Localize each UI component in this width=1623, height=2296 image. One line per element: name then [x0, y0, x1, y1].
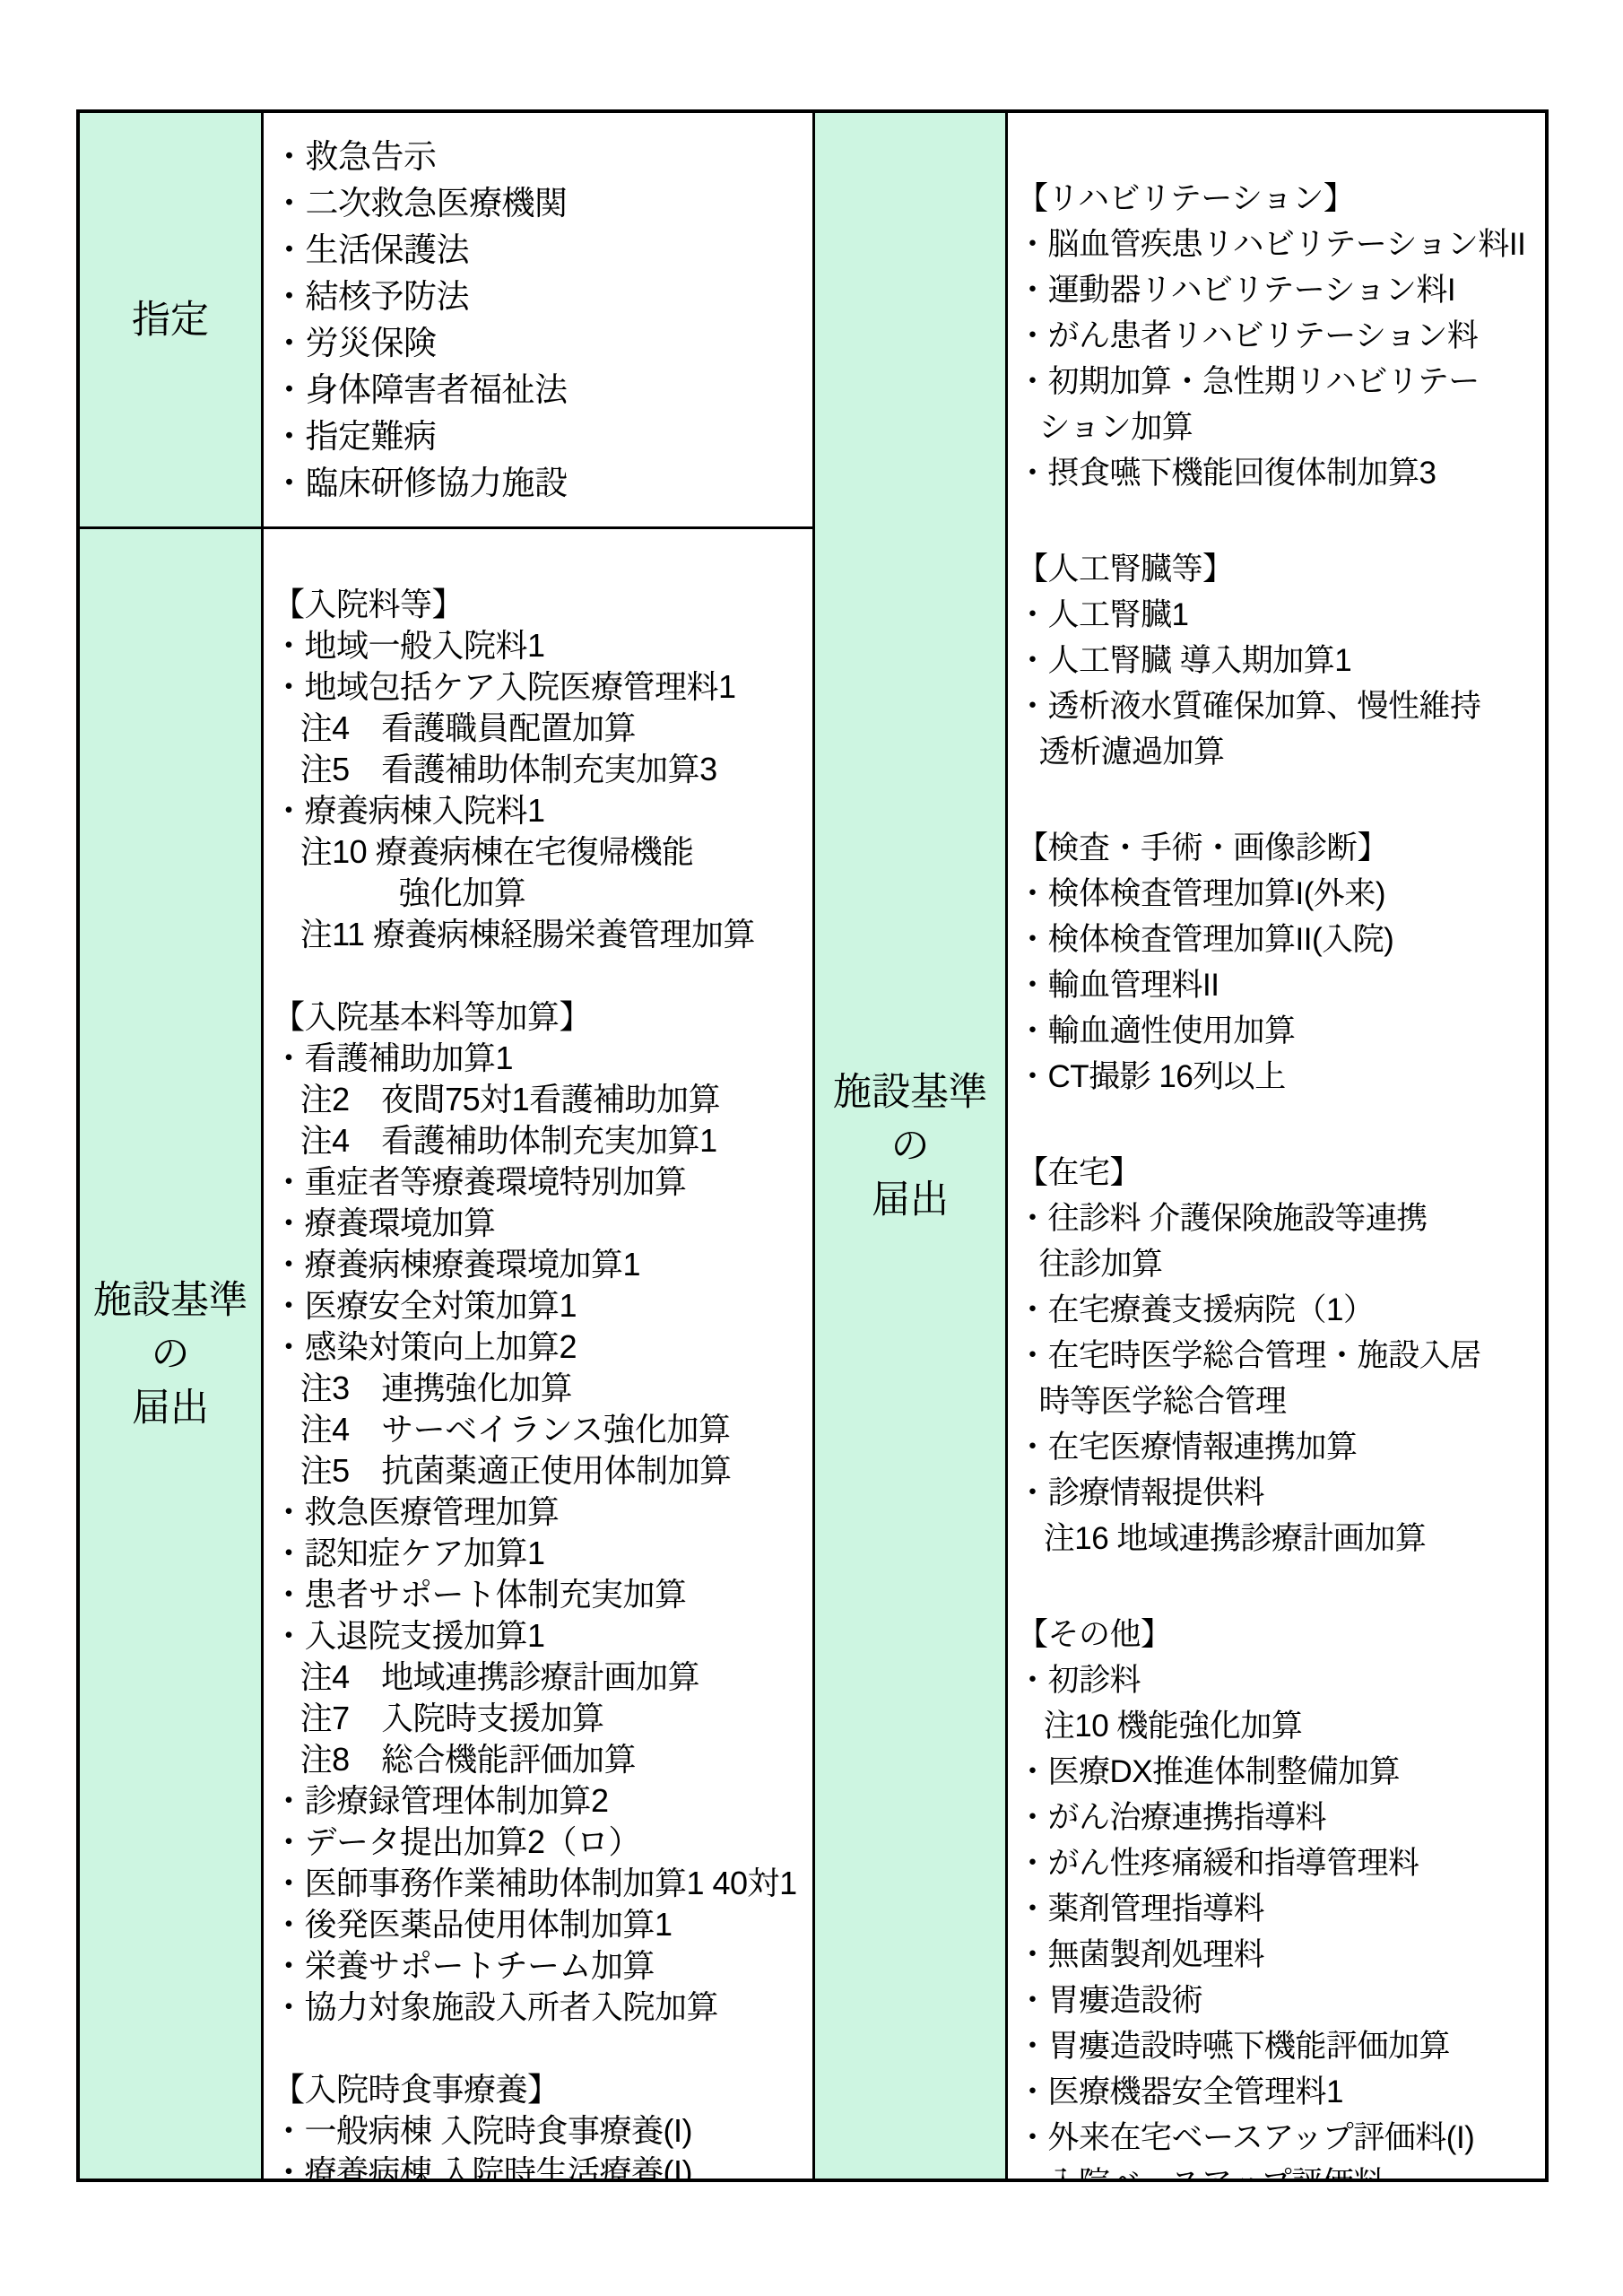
- list-item: 注4 サーベイランス強化加算: [273, 1409, 809, 1450]
- list-item: 注7 入院時支援加算: [273, 1698, 809, 1739]
- list-item: 注16 地域連携診療計画加算: [1017, 1516, 1543, 1561]
- list-item: ・がん患者リハビリテーション料: [1017, 313, 1543, 359]
- list-item: ・外来在宅ベースアップ評価料(I): [1017, 2115, 1543, 2161]
- list-item: ・地域包括ケア入院医療管理料1: [273, 666, 809, 708]
- list-item: 注3 連携強化加算: [273, 1368, 809, 1409]
- facility-standards-left-label-line1: 施設基準の: [80, 1274, 261, 1381]
- facility-standards-right-label-cell: 施設基準の 届出: [815, 113, 1008, 2179]
- list-item: ・医療安全対策加算1: [273, 1285, 809, 1326]
- list-item: 【入院基本料等加算】: [273, 996, 809, 1038]
- list-item: ・検体検査管理加算II(入院): [1017, 917, 1543, 962]
- list-item: 注11 療養病棟経腸栄養管理加算: [273, 914, 809, 955]
- list-item: ・胃瘻造設術: [1017, 1978, 1543, 2023]
- list-item: ・運動器リハビリテーション料I: [1017, 267, 1543, 313]
- list-item: ・看護補助加算1: [273, 1038, 809, 1079]
- list-item: ・救急医療管理加算: [273, 1492, 809, 1533]
- list-item: ・検体検査管理加算I(外来): [1017, 871, 1543, 917]
- list-item: ・輸血適性使用加算: [1017, 1008, 1543, 1054]
- list-item: 注2 夜間75対1看護補助加算: [273, 1079, 809, 1120]
- list-item: ・薬剤管理指導料: [1017, 1886, 1543, 1932]
- list-item: 注10 機能強化加算: [1017, 1703, 1543, 1749]
- list-item: ・入院ベースアップ評価料: [1017, 2161, 1543, 2179]
- list-item: ・療養病棟 入院時生活療養(I): [273, 2152, 809, 2179]
- designation-label-line1: 指定: [132, 293, 209, 347]
- list-item: 【検査・手術・画像診断】: [1017, 825, 1543, 871]
- facility-standards-left-items-cell: 【入院料等】・地域一般入院料1・地域包括ケア入院医療管理料1注4 看護職員配置加…: [264, 529, 815, 2179]
- list-item: ・往診料 介護保険施設等連携: [1017, 1196, 1543, 1241]
- list-item: ・入退院支援加算1: [273, 1615, 809, 1657]
- list-item: ・臨床研修協力施設: [273, 460, 812, 507]
- list-item: ・人工腎臓1: [1017, 592, 1543, 638]
- list-item: 注8 総合機能評価加算: [273, 1739, 809, 1780]
- list-item: 往診加算: [1017, 1241, 1543, 1287]
- list-item: ・療養病棟療養環境加算1: [273, 1244, 809, 1285]
- list-item: ・脳血管疾患リハビリテーション料II: [1017, 222, 1543, 267]
- list-item: ・胃瘻造設時嚥下機能評価加算: [1017, 2023, 1543, 2069]
- facility-standards-left-label-cell: 施設基準の 届出: [80, 529, 264, 2179]
- list-item: ・二次救急医療機関: [273, 180, 812, 227]
- list-item: 【入院時食事療養】: [273, 2069, 809, 2110]
- list-item: ・協力対象施設入所者入院加算: [273, 1987, 809, 2028]
- list-item: ・透析液水質確保加算、慢性維持: [1017, 683, 1543, 729]
- list-item: 透析濾過加算: [1017, 729, 1543, 775]
- list-item: 【リハビリテーション】: [1017, 176, 1543, 222]
- designation-items-cell: ・救急告示・二次救急医療機関・生活保護法・結核予防法・労災保険・身体障害者福祉法…: [264, 113, 815, 529]
- list-item: ・人工腎臓 導入期加算1: [1017, 638, 1543, 683]
- list-item: ・感染対策向上加算2: [273, 1326, 809, 1368]
- list-item: 【入院料等】: [273, 584, 809, 625]
- list-item: ・無菌製剤処理料: [1017, 1932, 1543, 1978]
- facility-standards-right-label-line1: 施設基準の: [815, 1065, 1005, 1173]
- list-item: ・身体障害者福祉法: [273, 367, 812, 413]
- list-item: 注10 療養病棟在宅復帰機能: [273, 831, 809, 873]
- list-item: ・一般病棟 入院時食事療養(I): [273, 2110, 809, 2152]
- list-item: ション加算: [1017, 404, 1543, 450]
- list-item: 【在宅】: [1017, 1150, 1543, 1196]
- list-item: ・医療DX推進体制整備加算: [1017, 1749, 1543, 1795]
- list-item: ・がん性疼痛緩和指導管理料: [1017, 1840, 1543, 1886]
- facility-standards-right-label-line2: 届出: [872, 1173, 949, 1227]
- list-item: 【人工腎臓等】: [1017, 546, 1543, 592]
- facility-standards-right-items-cell: 【リハビリテーション】・脳血管疾患リハビリテーション料II・運動器リハビリテーシ…: [1008, 113, 1545, 2179]
- list-item: ・労災保険: [273, 320, 812, 367]
- list-item: ・診療録管理体制加算2: [273, 1780, 809, 1822]
- facility-standards-left-label-line2: 届出: [132, 1381, 209, 1435]
- list-item: ・がん治療連携指導料: [1017, 1795, 1543, 1840]
- list-item: ・在宅医療情報連携加算: [1017, 1424, 1543, 1470]
- list-item: ・CT撮影 16列以上: [1017, 1054, 1543, 1100]
- list-item: ・療養環境加算: [273, 1203, 809, 1244]
- list-item: ・初期加算・急性期リハビリテー: [1017, 359, 1543, 404]
- designation-label-cell: 指定: [80, 113, 264, 529]
- list-item: 強化加算: [273, 873, 809, 914]
- list-item: ・救急告示: [273, 134, 812, 180]
- list-item: 時等医学総合管理: [1017, 1378, 1543, 1424]
- list-item: ・初診料: [1017, 1657, 1543, 1703]
- list-item: ・指定難病: [273, 413, 812, 460]
- list-item: 注5 抗菌薬適正使用体制加算: [273, 1450, 809, 1492]
- list-item: 注5 看護補助体制充実加算3: [273, 749, 809, 790]
- document-page: 指定 ・救急告示・二次救急医療機関・生活保護法・結核予防法・労災保険・身体障害者…: [0, 0, 1623, 2296]
- list-item: ・摂食嚥下機能回復体制加算3: [1017, 450, 1543, 496]
- list-item: 注4 地域連携診療計画加算: [273, 1657, 809, 1698]
- list-item: ・患者サポート体制充実加算: [273, 1574, 809, 1615]
- list-item: ・後発医薬品使用体制加算1: [273, 1904, 809, 1945]
- list-item: ・医療機器安全管理料1: [1017, 2069, 1543, 2115]
- list-item: 注4 看護職員配置加算: [273, 708, 809, 749]
- list-item: ・診療情報提供料: [1017, 1470, 1543, 1516]
- list-item: ・在宅時医学総合管理・施設入居: [1017, 1333, 1543, 1378]
- list-item: ・医師事務作業補助体制加算1 40対1: [273, 1863, 809, 1904]
- list-item: ・重症者等療養環境特別加算: [273, 1161, 809, 1203]
- list-item: 【その他】: [1017, 1612, 1543, 1657]
- list-item: ・栄養サポートチーム加算: [273, 1945, 809, 1987]
- list-item: ・地域一般入院料1: [273, 625, 809, 666]
- list-item: ・認知症ケア加算1: [273, 1533, 809, 1574]
- list-item: ・療養病棟入院料1: [273, 790, 809, 831]
- list-item: ・結核予防法: [273, 274, 812, 320]
- facility-standards-table: 指定 ・救急告示・二次救急医療機関・生活保護法・結核予防法・労災保険・身体障害者…: [76, 109, 1549, 2182]
- list-item: ・輸血管理料II: [1017, 962, 1543, 1008]
- list-item: 注4 看護補助体制充実加算1: [273, 1120, 809, 1161]
- list-item: ・在宅療養支援病院（1）: [1017, 1287, 1543, 1333]
- list-item: ・生活保護法: [273, 227, 812, 274]
- list-item: ・データ提出加算2（ロ）: [273, 1822, 809, 1863]
